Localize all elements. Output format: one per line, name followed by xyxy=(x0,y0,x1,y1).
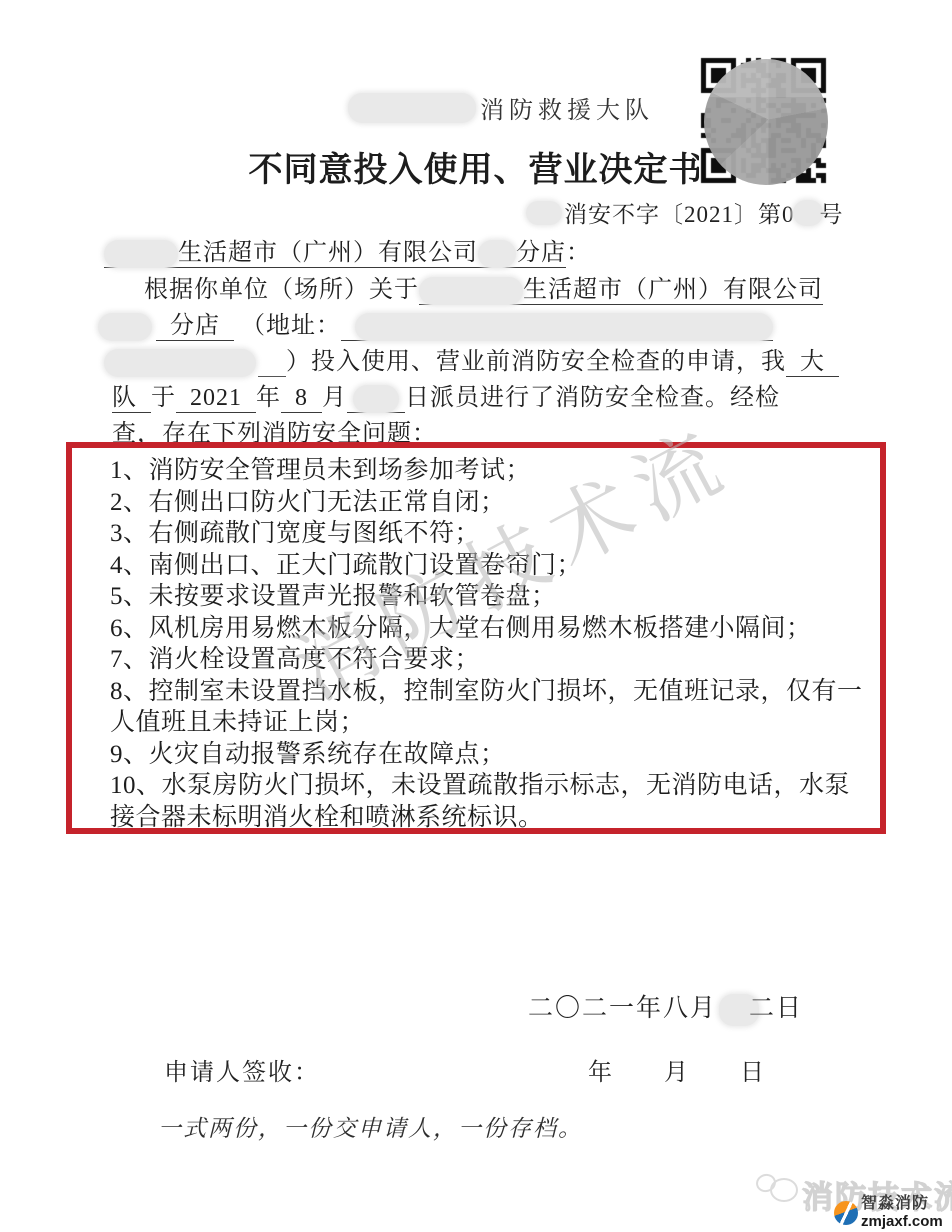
qr-code xyxy=(699,56,833,190)
issue-item: 9、火灾自动报警系统存在故障点； xyxy=(110,739,866,771)
body-check-text: 日派员进行了消防安全检查。经检 xyxy=(405,385,780,411)
footer-logo: 智淼消防 zmjaxf.com xyxy=(834,1196,943,1229)
issue-item: 2、右侧出口防火门无法正常自闭； xyxy=(110,487,866,519)
issue-item: 8、控制室未设置挡水板，控制室防火门损坏，无值班记录，仅有一人值班且未持证上岗； xyxy=(110,676,866,739)
signature-date-placeholder: 年月日 xyxy=(588,1052,766,1087)
header-agency-line: 消防救援大队 xyxy=(348,90,654,125)
body-blank-da: 大 xyxy=(800,349,825,375)
distribution-note: 一式两份，一份交申请人，一份存档。 xyxy=(158,1110,583,1143)
body-company: 生活超市（广州）有限公司 xyxy=(523,277,823,305)
body-line-3: 分店 （地址： xyxy=(98,305,773,341)
doc-number-suffix: 号 xyxy=(820,196,844,229)
issue-item: 10、水泵房防火门损坏，未设置疏散指示标志，无消防电话，水泵接合器未标明消火栓和… xyxy=(110,770,866,833)
doc-number-line: 消安不字〔2021〕第0 号 xyxy=(526,196,844,229)
sign-year-label: 年 xyxy=(588,1060,614,1086)
issue-date-tail: 二日 xyxy=(749,995,803,1022)
recipient-company: 生活超市（广州）有限公司 xyxy=(178,240,478,266)
body-dui: 队 xyxy=(112,385,137,411)
issue-item: 4、南侧出口、正大门疏散门设置卷帘门； xyxy=(110,550,866,582)
redaction-blob xyxy=(104,240,178,268)
redaction-blob xyxy=(353,385,399,413)
body-yu: 于 xyxy=(151,385,176,411)
body-line-4: ）投入使用、营业前消防安全检查的申请，我大 xyxy=(104,341,839,377)
issue-item: 3、右侧疏散门宽度与图纸不符； xyxy=(110,518,866,550)
body-address-label: （地址： xyxy=(241,313,341,339)
recipient-line: 生活超市（广州）有限公司分店： xyxy=(104,232,591,268)
doodle-icon xyxy=(756,1172,802,1202)
qr-redaction-circle xyxy=(704,59,828,185)
redaction-blob xyxy=(355,313,773,341)
issue-date-line: 二〇二一年八月二日 xyxy=(528,988,803,1026)
body-year-label: 年 xyxy=(256,385,281,411)
body-year-value: 2021 xyxy=(190,385,242,411)
recipient-colon: ： xyxy=(566,240,591,266)
redaction-blob xyxy=(526,201,562,225)
doc-number-prefix: 消安不字〔2021〕第0 xyxy=(564,196,795,229)
issues-box: 1、消防安全管理员未到场参加考试；2、右侧出口防火门无法正常自闭；3、右侧疏散门… xyxy=(66,442,886,834)
redaction-blob xyxy=(419,277,523,305)
body-lead: 根据你单位（场所）关于 xyxy=(144,277,419,303)
document-page: 消防救援大队 不同意投入使用、营业决定书 消安不字〔2021〕第0 号 生活超市… xyxy=(0,0,952,1232)
logo-site: zmjaxf.com xyxy=(861,1214,943,1229)
logo-swoosh-icon xyxy=(834,1201,858,1225)
body-line-5: 队于2021年8月日派员进行了消防安全检查。经检 xyxy=(112,377,780,413)
body-application-text: ）投入使用、营业前消防安全检查的申请，我 xyxy=(286,349,786,375)
issue-item: 5、未按要求设置声光报警和软管卷盘； xyxy=(110,581,866,613)
redaction-blob xyxy=(348,93,476,123)
redaction-blob xyxy=(98,313,152,341)
issue-item: 7、消火栓设置高度不符合要求； xyxy=(110,644,866,676)
issue-date-visible: 二〇二一年八月 xyxy=(528,995,717,1022)
logo-name: 智淼消防 xyxy=(861,1196,943,1212)
issue-item: 6、风机房用易燃木板分隔，大堂右侧用易燃木板搭建小隔间； xyxy=(110,613,866,645)
redaction-blob xyxy=(478,240,516,268)
signature-label: 申请人签收： xyxy=(164,1052,320,1087)
body-branch: 分店 xyxy=(170,313,220,339)
redaction-blob xyxy=(793,200,823,226)
redaction-blob xyxy=(104,349,256,377)
recipient-branch: 分店 xyxy=(516,240,566,266)
body-month-label: 月 xyxy=(322,385,347,411)
agency-name: 消防救援大队 xyxy=(480,90,654,125)
body-month-value: 8 xyxy=(295,385,308,411)
issue-item: 1、消防安全管理员未到场参加考试； xyxy=(110,455,866,487)
sign-month-label: 月 xyxy=(664,1060,690,1086)
body-line-2: 根据你单位（场所）关于生活超市（广州）有限公司 xyxy=(144,269,823,305)
sign-day-label: 日 xyxy=(740,1060,766,1086)
